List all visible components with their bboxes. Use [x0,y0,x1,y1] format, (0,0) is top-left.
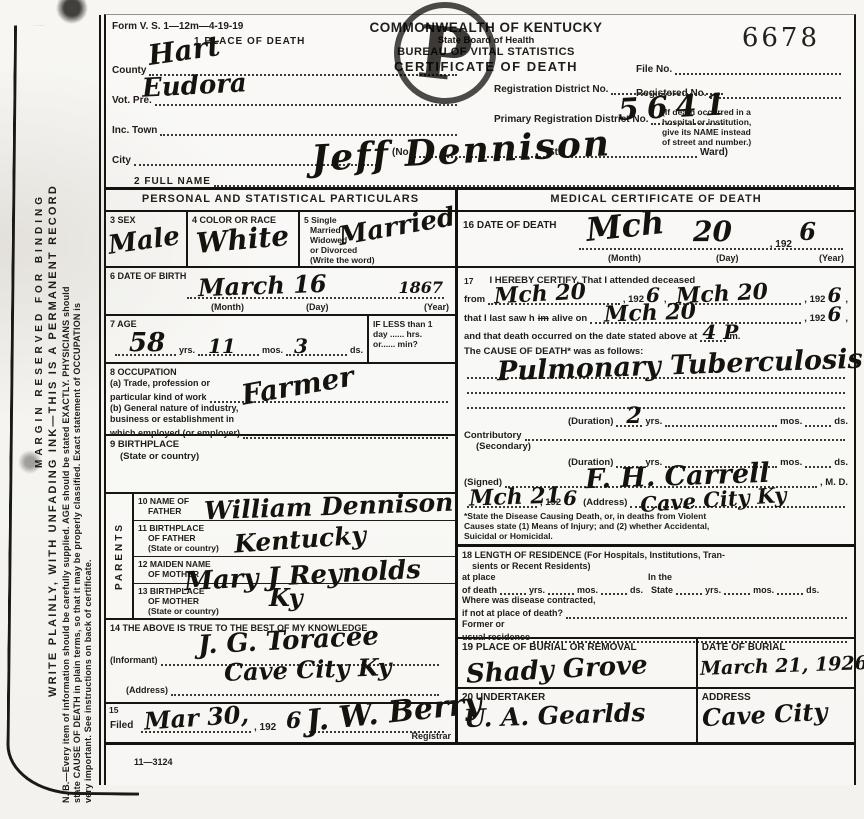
form-stock-number: 11—3124 [134,757,173,768]
form-footer: 11—3124 [106,745,854,785]
full-name-label: 2 FULL NAME [134,176,211,188]
form-number: Form V. S. 1—12m—4-19-19 [112,21,243,33]
filed-section: 15 Filed Mar 30, , 192 6 J. W. Berry Reg… [106,704,455,742]
age-row: 7 AGE 58 yrs. 11 mos. 3 ds. IF LESS than… [106,316,455,364]
age-years-handwritten: 58 [129,330,165,356]
dotted-line [525,427,845,441]
nb-note-line1: N. B.—Every item of information should b… [61,286,72,803]
comma: , [845,313,848,324]
medical-certificate-column: MEDICAL CERTIFICATE OF DEATH 16 DATE OF … [458,190,854,742]
sex-race-marital-row: 3 SEX Male 4 COLOR OR RACE White 5 Singl… [106,212,455,268]
duration-mos-label: mos. [780,416,802,427]
form-body: PERSONAL AND STATISTICAL PARTICULARS 3 S… [106,187,854,745]
birthplace-sublabel: (State or country) [120,451,451,463]
mother-birthplace-field: 13 BIRTHPLACE OF MOTHER (State or countr… [134,584,455,618]
nb-note: N. B.—Every item of information should b… [61,286,94,803]
parents-section: PARENTS 10 NAME OF FATHER William Dennis… [106,494,455,620]
registration-district-label: Registration District No. [494,84,608,96]
informant-label: (Informant) [110,655,158,666]
dotted-line: 58 [115,342,176,356]
signed-date-handwritten: Mch 21 [469,484,562,509]
sex-field: 3 SEX Male [106,212,188,266]
dotted-line: Cave City Ky [630,494,845,508]
alive-on-label: alive on [552,313,587,324]
city-label: City [112,155,131,167]
margin-binding-note: MARGIN RESERVED FOR BINDING [34,193,45,468]
dotted-line: 4 P [700,328,726,342]
dotted-line: Mch 20 [488,291,620,305]
nb-note-line3: very important. See instructions on back… [83,286,94,803]
dod-month-handwritten: Mch [585,206,666,246]
date-of-burial-field: DATE OF BURIAL March 21, 1926 [698,639,854,687]
secondary-label: (Secondary) [476,441,531,452]
parents-fields: 10 NAME OF FATHER William Dennison 11 BI… [134,494,455,618]
place-of-burial-field: 19 PLACE OF BURIAL OR REMOVAL Shady Grov… [458,639,698,687]
marital-status-field: 5 Single Married Widowed or Divorced (Wr… [300,212,455,266]
saw-year-prefix: , 192 [804,313,825,324]
dotted-line [665,413,777,427]
date-of-burial-label: DATE OF BURIAL [702,642,850,654]
marital-label-line4: or Divorced [310,245,451,255]
dotted-line [214,173,839,187]
signed-address-label: (Address) [583,497,627,508]
dob-month-label: (Month) [211,302,244,313]
age-field: 7 AGE 58 yrs. 11 mos. 3 ds. [106,316,367,362]
last-saw-label: that I last saw h [464,313,535,324]
blank-dotted-row [464,394,848,409]
stamp-letter: P [414,8,477,98]
contributory-row: Contributory [464,427,848,441]
date-of-death-row: 16 DATE OF DEATH Mch 20 , 192 6 (Month) … [458,212,854,268]
occupation-a-line2: particular kind of work [110,392,207,403]
burial-row: 19 PLACE OF BURIAL OR REMOVAL Shady Grov… [458,639,854,689]
place-of-burial-handwritten: Shady Grove [465,652,648,687]
father-name-field: 10 NAME OF FATHER William Dennison [134,494,455,521]
dotted-line: Pulmonary Tuberculosis [467,365,845,379]
dotted-line: 3 [286,342,347,356]
signed-date-address-row: Mch 21 , 192 6 (Address) Cave City Ky [464,488,848,508]
filed-year-handwritten: 6 [286,710,301,732]
filed-date-handwritten: Mar 30, [143,702,249,733]
date-of-birth-row: 6 DATE OF BIRTH March 16 (Month) (Day) (… [106,268,455,316]
mother-name-field: 12 MAIDEN NAME OF MOTHER Mary J Reynolds [134,557,455,584]
certificate-form: Form V. S. 1—12m—4-19-19 1 PLACE OF DEAT… [104,14,856,785]
of-death-label: of death [462,585,497,596]
dotted-line: 2 [616,413,642,427]
certify-item-number: 17 [464,276,473,286]
dotted-line: 11 [198,342,259,356]
occupation-row: 8 OCCUPATION (a) Trade, profession or pa… [106,364,455,436]
file-no-row: File No. [636,61,844,75]
dotted-line [601,581,627,595]
dotted-line [500,581,526,595]
attended-from-handwritten: Mch 20 [494,281,587,308]
age-line: 58 yrs. 11 mos. 3 ds. [112,342,363,356]
dotted-line [805,454,831,468]
dotted-line [805,413,831,427]
duration-label: (Duration) [568,416,613,427]
race-field: 4 COLOR OR RACE White [188,212,300,266]
residence-label-line2: sients or Recent Residents) [472,561,850,572]
death-occurred-row: and that death occurred on the date stat… [464,324,848,342]
if-not-at-place-row: if not at place of death? [462,606,850,619]
dotted-line [724,581,750,595]
saw-year-handwritten: 6 [827,304,841,324]
dotted-line: Mch 21 [467,494,537,508]
duration-yrs-label: yrs. [645,416,662,427]
duration-row: (Duration) 2 yrs. mos. ds. [464,409,848,427]
duration-years-handwritten: 2 [626,405,641,427]
dob-year-label: (Year) [424,302,449,313]
age-ds-label: ds. [350,345,363,356]
birthplace-label: 9 BIRTHPLACE [110,439,451,451]
race-handwritten-value: White [195,222,290,258]
dotted-line [676,581,702,595]
primary-district-handwritten-value: 5641 [617,90,734,126]
dod-month-label: (Month) [608,253,641,264]
dotted-line [566,605,847,619]
precinct-handwritten-value: Eudora [141,70,247,101]
age-yrs-label: yrs. [179,345,195,356]
dob-label: 6 DATE OF BIRTH [110,271,186,282]
residence-label-line1: 18 LENGTH OF RESIDENCE (For Hospitals, I… [462,550,850,561]
md-label: , M. D. [820,477,848,488]
dotted-line [777,581,803,595]
dob-year-handwritten-value: 1867 [398,280,443,296]
secondary-row: (Secondary) [464,441,848,452]
last-saw-date-handwritten: Mch 20 [604,300,697,325]
age-days-handwritten: 3 [294,336,308,356]
cause-of-death-value-row: Pulmonary Tuberculosis [464,357,848,379]
to-year-prefix: , 192 [804,294,825,305]
dod-year-handwritten: 6 [799,220,816,244]
dod-day-handwritten: 20 [693,218,732,246]
personal-column-title: PERSONAL AND STATISTICAL PARTICULARS [106,190,455,212]
occupation-b-line2: business or establishment in [110,414,451,425]
nb-note-line2: state CAUSE OF DEATH in plain terms, so … [72,286,83,803]
age-months-handwritten: 11 [208,336,236,356]
inc-town-label: Inc. Town [112,125,157,137]
birthplace-row: 9 BIRTHPLACE (State or country) [106,436,455,494]
certificate-serial-number: 6678 [742,23,820,53]
duration-ds-label: ds. [834,416,848,427]
dotted-line [467,395,845,409]
ward-label: Ward) [700,147,728,159]
parents-vertical-label: PARENTS [106,494,134,618]
filed-label: Filed [110,720,133,732]
undertaker-field: 20 UNDERTAKER U. A. Gearlds [458,689,698,742]
full-name-row: 2 FULL NAME [134,173,842,187]
scanned-death-certificate: MARGIN RESERVED FOR BINDING WRITE PLAINL… [0,0,864,819]
place-of-burial-label: 19 PLACE OF BURIAL OR REMOVAL [462,642,692,654]
dotted-line [675,61,841,75]
filed-year-prefix: , 192 [254,722,276,734]
duration-ds-label: ds. [834,457,848,468]
father-birthplace-field: 11 BIRTHPLACE OF FATHER (State or countr… [134,521,455,556]
undertaker-address-handwritten: Cave City [701,700,828,731]
dod-label: 16 DATE OF DEATH [463,220,557,232]
struck-word: im [538,313,549,324]
dod-day-label: (Day) [716,253,739,264]
father-name-handwritten: William Dennison [204,490,454,524]
dotted-line [548,581,574,595]
file-no-label: File No. [636,64,672,76]
informant-address-handwritten: Cave City Ky [224,655,392,685]
age-mos-label: mos. [262,345,283,356]
duration-mos-label: mos. [780,457,802,468]
personal-particulars-column: PERSONAL AND STATISTICAL PARTICULARS 3 S… [106,190,458,742]
informant-address-label: (Address) [126,685,168,696]
informant-section: 14 THE ABOVE IS TRUE TO THE BEST OF MY K… [106,620,455,704]
sex-handwritten-value: Male [107,223,182,259]
write-plainly-note: WRITE PLAINLY, WITH UNFADING INK—THIS IS… [47,184,59,697]
in-the-label: In the [648,572,672,582]
date-of-burial-handwritten: March 21, 1926 [699,654,864,679]
signed-year-handwritten: 6 [563,488,577,508]
death-occurred-label: and that death occurred on the date stat… [464,331,697,342]
dob-handwritten-value: March 16 [198,272,327,300]
length-of-residence-section: 18 LENGTH OF RESIDENCE (For Hospitals, I… [458,547,854,639]
comma: , [845,294,848,305]
undertaker-row: 20 UNDERTAKER U. A. Gearlds ADDRESS Cave… [458,689,854,742]
mother-birthplace-handwritten: Ky [269,586,303,610]
contributory-label: Contributory [464,430,522,441]
from-label: from [464,294,485,305]
if-less-than-day-note: IF LESS than 1 day ...... hrs. or...... … [367,316,455,362]
death-time-handwritten: 4 P [702,322,738,342]
filed-number: 15 [109,705,118,715]
residence-duration-row: of death yrs. mos. ds. State yrs. mos. [462,582,850,595]
dod-year-prefix: , 192 [770,239,792,251]
certification-section: 17 I HEREBY CERTIFY, That I attended dec… [458,268,854,547]
registrar-label: Registrar [411,731,451,742]
undertaker-handwritten: U. A. Gearlds [464,700,646,731]
marital-label-line5: (Write the word) [310,255,451,265]
dob-day-label: (Day) [306,302,329,313]
state-label: State [651,585,673,596]
undertaker-address-field: ADDRESS Cave City [698,689,854,742]
dotted-line: Mch 20 [590,310,801,324]
dod-year-label: (Year) [819,253,844,264]
